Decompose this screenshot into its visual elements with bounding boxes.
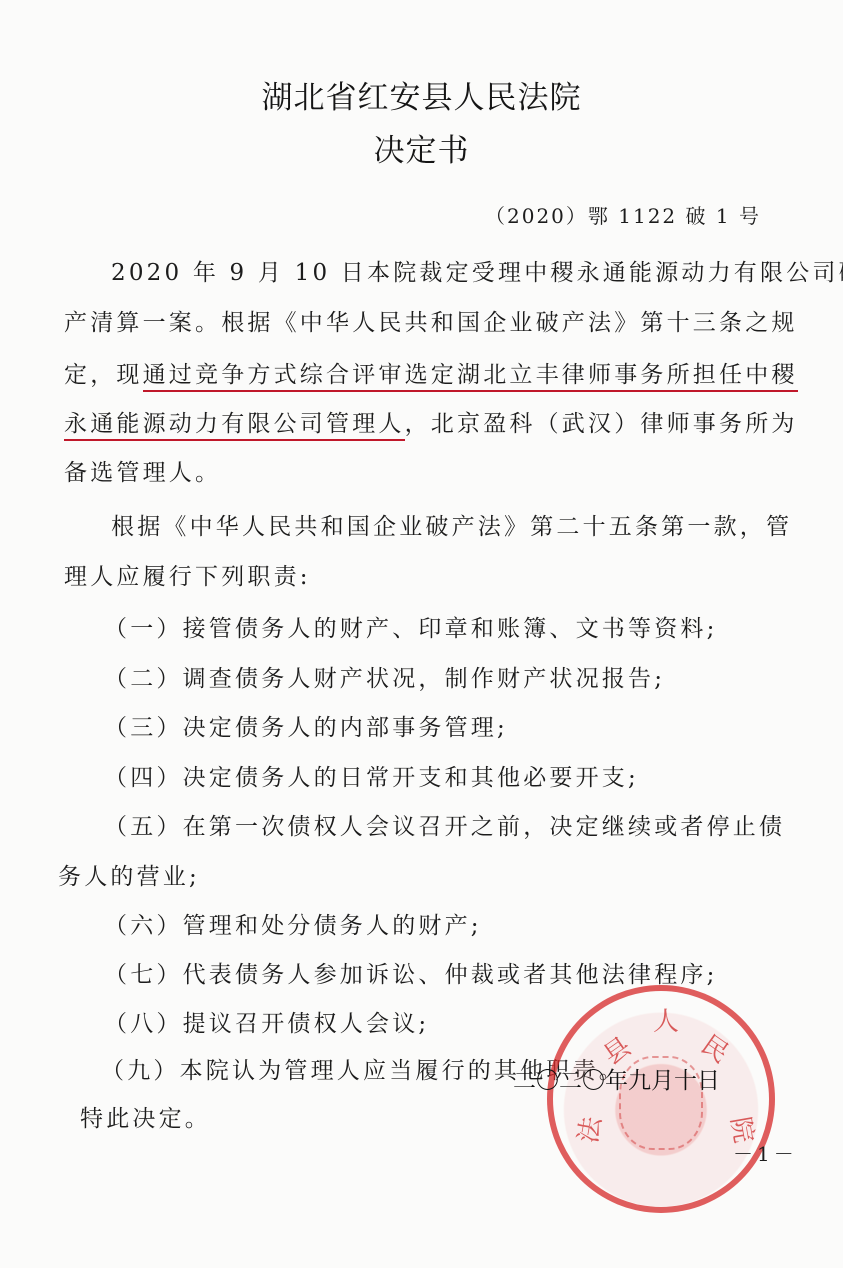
duty-item: （一）接管债务人的财产、印章和账簿、文书等资料; — [104, 614, 718, 644]
paragraph2-line1: 根据《中华人民共和国企业破产法》第二十五条第一款，管 — [111, 512, 792, 542]
closing-statement: 特此决定。 — [80, 1104, 211, 1134]
duty-item-continued: 务人的营业; — [58, 862, 200, 892]
document-type-heading: 决定书 — [0, 125, 843, 170]
duty-item: （三）决定债务人的内部事务管理; — [104, 713, 508, 743]
page-number: －1－ — [733, 1138, 798, 1167]
duty-item: （四）决定债务人的日常开支和其他必要开支; — [104, 763, 639, 793]
case-number: （2020）鄂 1122 破 1 号 — [485, 200, 761, 229]
court-name-heading: 湖北省红安县人民法院 — [0, 72, 843, 117]
paragraph1-line3-text: 定，现 — [64, 362, 143, 388]
duty-item: （七）代表债务人参加诉讼、仲裁或者其他法律程序; — [104, 960, 718, 990]
duty-item: （五）在第一次债权人会议召开之前，决定继续或者停止债 — [104, 812, 785, 842]
seal-char: 人 — [653, 1001, 679, 1038]
document-page: 湖北省红安县人民法院 决定书 （2020）鄂 1122 破 1 号 2020 年… — [0, 0, 843, 1268]
duty-item: （二）调查债务人财产状况，制作财产状况报告; — [104, 664, 665, 694]
paragraph1-line4-text: ，北京盈科（武汉）律师事务所为 — [405, 411, 798, 437]
paragraph1-line4: 永通能源动力有限公司管理人，北京盈科（武汉）律师事务所为 — [64, 409, 798, 439]
decision-date: 二〇二〇年九月十日 — [513, 1062, 720, 1095]
paragraph1-line5: 备选管理人。 — [64, 458, 221, 488]
paragraph1-line3: 定，现通过竞争方式综合评审选定湖北立丰律师事务所担任中稷 — [64, 360, 798, 390]
duty-item: （六）管理和处分债务人的财产; — [104, 911, 482, 941]
seal-char: 法 — [568, 1113, 609, 1145]
highlighted-appointment-text-cont: 永通能源动力有限公司管理人 — [64, 411, 405, 441]
highlighted-appointment-text: 通过竞争方式综合评审选定湖北立丰律师事务所担任中稷 — [143, 362, 798, 392]
paragraph2-line2: 理人应履行下列职责: — [64, 562, 311, 592]
paragraph1-line2: 产清算一案。根据《中华人民共和国企业破产法》第十三条之规 — [64, 308, 798, 338]
court-seal: 县 人 民 法 院 — [547, 985, 775, 1213]
duty-item: （八）提议召开债权人会议; — [104, 1009, 429, 1039]
paragraph1-line1: 2020 年 9 月 10 日本院裁定受理中稷永通能源动力有限公司破 — [111, 258, 843, 288]
